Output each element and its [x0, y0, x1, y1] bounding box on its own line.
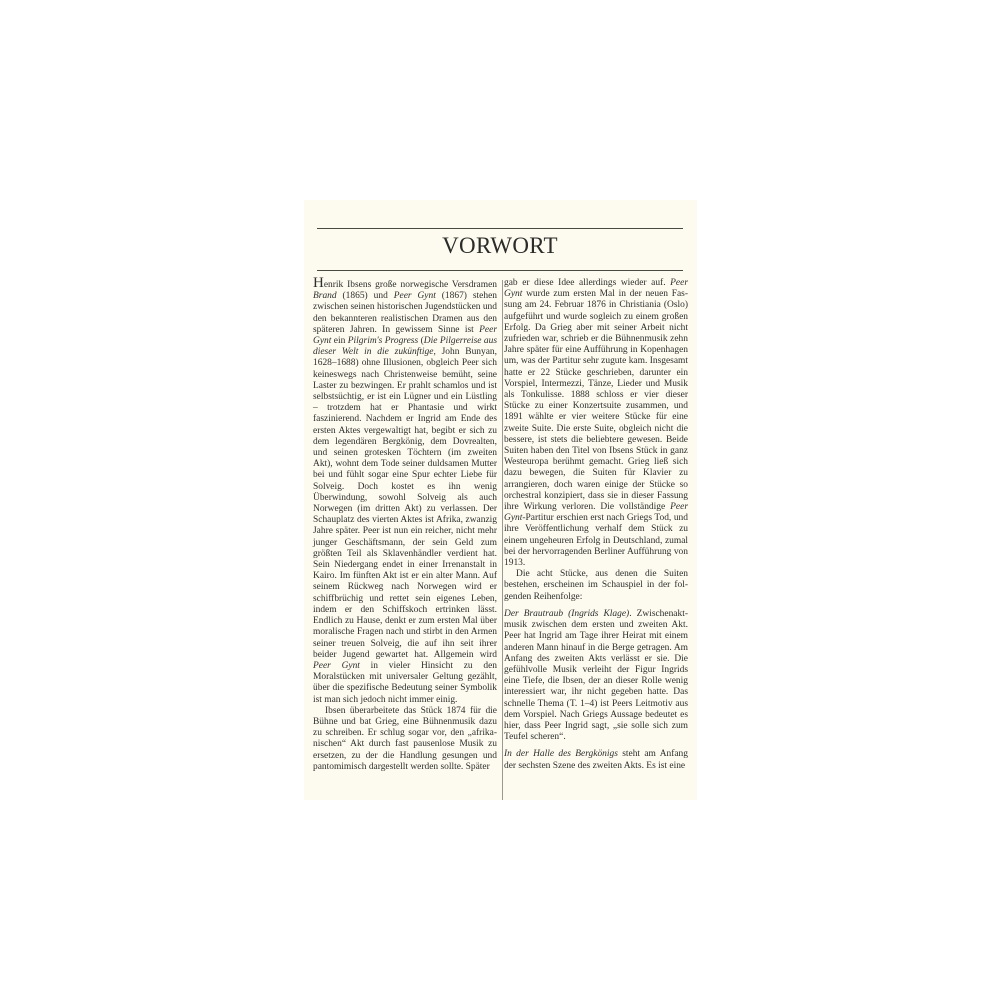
right-column: gab er diese Idee allerdings wieder auf.… [504, 278, 688, 772]
italic-title: In der Halle des Bergkönigs [504, 749, 618, 759]
italic-title: Peer Gynt [313, 661, 360, 671]
left-column: Henrik Ibsens große norwegische Versdram… [313, 278, 497, 773]
italic-title: Der Brautraub (Ingrids Klage) [504, 609, 629, 619]
paragraph-bergkoenig: In der Halle des Bergkönigs steht am Anf… [504, 749, 688, 771]
column-divider [502, 280, 503, 800]
text: -Partitur er­schien erst nach Griegs Tod… [504, 513, 688, 568]
paragraph-revision: Ibsen überarbeitete das Stück 1874 für d… [313, 706, 497, 773]
italic-title: Pilgrim's Progress [348, 336, 418, 346]
header-rule-top [317, 228, 683, 229]
text: gab er diese Idee allerdings wieder auf. [504, 278, 670, 288]
page-title: VORWORT [317, 233, 683, 259]
text: enrik Ibsens große norwegische Versdrame… [324, 280, 497, 290]
drop-cap: H [313, 275, 324, 291]
document-page: VORWORT Henrik Ibsens große norwegische … [304, 200, 697, 800]
italic-title: Brand [313, 291, 337, 301]
text: , John Bunyan, 1628–1688) ohne Illusione… [313, 347, 497, 659]
italic-title: Peer Gynt [394, 291, 436, 301]
text: wurde zum ersten Mal in der neuen Fas­su… [504, 289, 688, 512]
text: . Zwischenakt­musik zwischen dem ersten … [504, 609, 688, 742]
text: (1865) und [337, 291, 394, 301]
header-rule-bottom [317, 270, 683, 271]
paragraph-order: Die acht Stücke, aus denen die Suiten be… [504, 569, 688, 603]
paragraph-premiere: gab er diese Idee allerdings wieder auf.… [504, 278, 688, 569]
text: ein [331, 336, 347, 346]
paragraph-brautraub: Der Brautraub (Ingrids Klage). Zwischena… [504, 609, 688, 743]
paragraph-intro: Henrik Ibsens große norwegische Versdram… [313, 278, 497, 706]
